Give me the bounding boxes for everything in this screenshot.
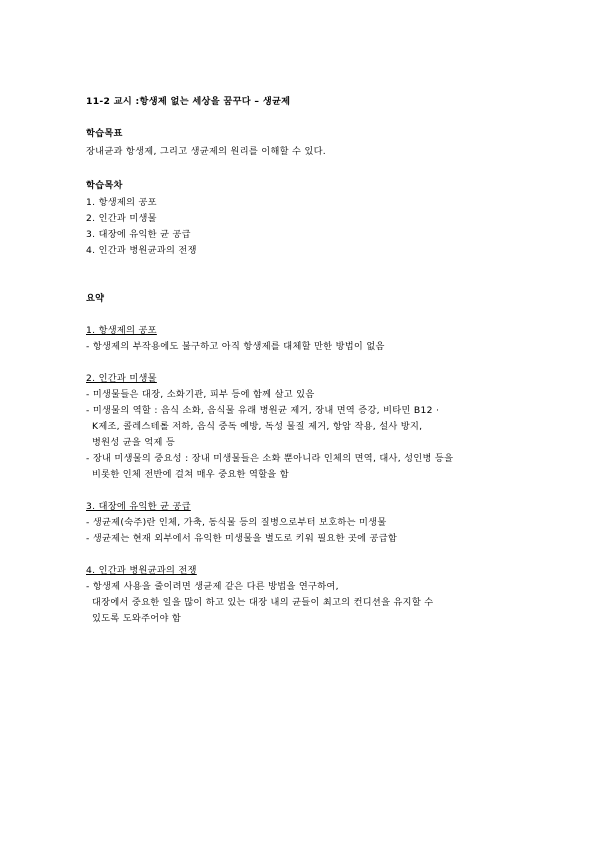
- summary-heading: 요약: [86, 293, 104, 305]
- section-line: 비롯한 인체 전반에 걸쳐 매우 중요한 역할을 함: [92, 469, 289, 481]
- page-title: 11-2 교시 :항생제 없는 세상을 꿈꾸다 – 생균제: [86, 96, 290, 108]
- contents-item: 1. 항생제의 공포: [86, 197, 157, 209]
- section-title: 2. 인간과 미생물: [86, 373, 157, 385]
- section-title: 3. 대장에 유익한 균 공급: [86, 501, 191, 513]
- section-line: - 생균제는 현재 외부에서 유익한 미생물을 별도로 키워 필요한 곳에 공급…: [86, 533, 397, 545]
- section-line: 병원성 균을 억제 등: [92, 437, 175, 449]
- section-title: 4. 인간과 병원균과의 전쟁: [86, 565, 197, 577]
- contents-item: 4. 인간과 병원균과의 전쟁: [86, 245, 197, 257]
- section-line: - 항생제 사용을 줄이려면 생균제 같은 다른 방법을 연구하여,: [86, 581, 339, 593]
- section-line: - 생균제(숙주)란 인체, 가축, 동식물 등의 질병으로부터 보호하는 미생…: [86, 517, 387, 529]
- section-title: 1. 항생제의 공포: [86, 325, 157, 337]
- section-line: 대장에서 중요한 일을 많이 하고 있는 대장 내의 균들이 최고의 컨디션을 …: [92, 597, 433, 609]
- contents-item: 2. 인간과 미생물: [86, 213, 157, 225]
- section-line: - 미생물의 역할 : 음식 소화, 음식물 유래 병원균 제거, 장내 면역 …: [86, 405, 439, 417]
- objectives-text: 장내균과 항생제, 그리고 생균제의 원리를 이해할 수 있다.: [86, 146, 326, 158]
- section-line: - 항생제의 부작용에도 불구하고 아직 항생제를 대체할 만한 방법이 없음: [86, 341, 385, 353]
- section-line: - 미생물들은 대장, 소화기관, 피부 등에 함께 살고 있음: [86, 389, 315, 401]
- contents-heading: 학습목차: [86, 180, 123, 192]
- objectives-heading: 학습목표: [86, 128, 123, 140]
- section-line: - 장내 미생물의 중요성 : 장내 미생물들은 소화 뿐아니라 인체의 면역,…: [86, 453, 453, 465]
- section-line: K제조, 콜레스테롤 저하, 음식 중독 예방, 독성 물질 제거, 항암 작용…: [92, 421, 422, 433]
- section-line: 있도록 도와주어야 함: [92, 613, 181, 625]
- contents-item: 3. 대장에 유익한 균 공급: [86, 229, 191, 241]
